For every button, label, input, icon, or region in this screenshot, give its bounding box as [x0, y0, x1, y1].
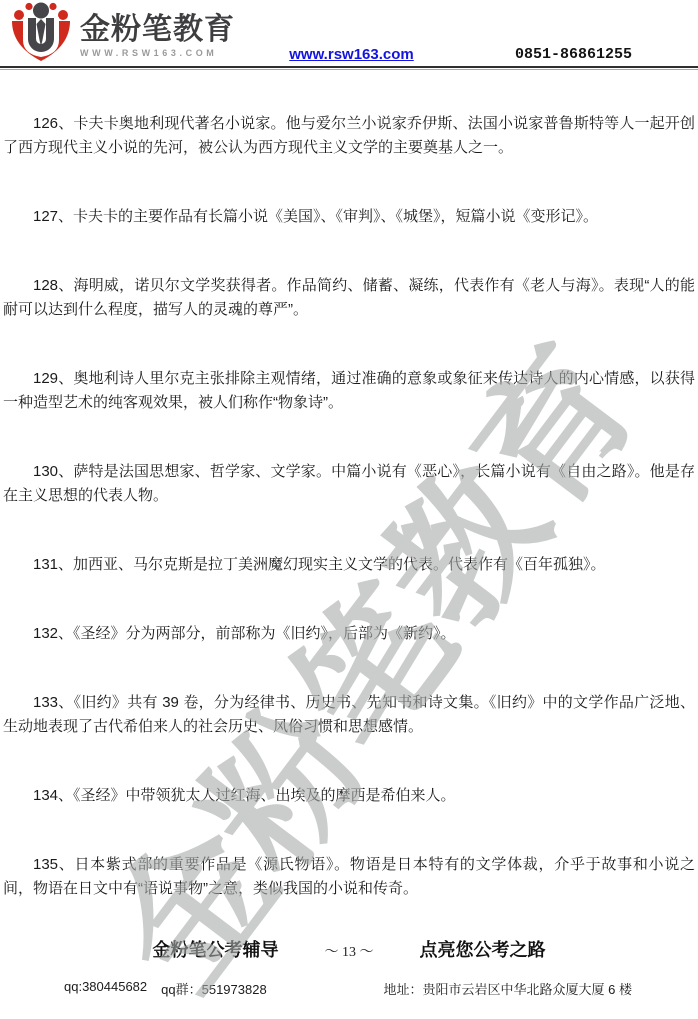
brand-logo: 金粉笔教育 WWW.RSW163.COM — [8, 2, 235, 62]
list-item: 133、《旧约》共有 39 卷，分为经律书、历史书、先知书和诗文集。《旧约》中的… — [3, 691, 695, 739]
item-text: 加西亚、马尔克斯是拉丁美洲魔幻现实主义文学的代表。代表作有《百年孤独》。 — [73, 556, 606, 573]
item-number: 130、 — [33, 463, 73, 480]
brand-logo-text: 金粉笔教育 WWW.RSW163.COM — [80, 2, 235, 58]
item-number: 129、 — [33, 370, 73, 387]
item-text: 日本紫式部的重要作品是《源氏物语》。物语是日本特有的文学体裁，介乎于故事和小说之… — [3, 856, 695, 897]
item-number: 133、 — [33, 694, 74, 711]
list-item: 128、海明威，诺贝尔文学奖获得者。作品简约、储蓄、凝练，代表作有《老人与海》。… — [3, 274, 695, 322]
header-divider — [0, 66, 698, 70]
page-number: ～ 13 ～ — [325, 941, 374, 961]
footer-brand-course: 金粉笔公考辅导 — [153, 936, 279, 962]
footer-slogan: 点亮您公考之路 — [420, 936, 546, 962]
item-number: 132、 — [33, 625, 73, 642]
item-text: 《圣经》中带领犹太人过红海、出埃及的摩西是希伯来人。 — [73, 787, 456, 804]
list-item: 135、日本紫式部的重要作品是《源氏物语》。物语是日本特有的文学体裁，介乎于故事… — [3, 853, 695, 901]
item-text: 海明威，诺贝尔文学奖获得者。作品简约、储蓄、凝练，代表作有《老人与海》。表现“人… — [3, 277, 695, 318]
qq-number: qq:380445682 — [64, 979, 147, 998]
brand-name: 金粉笔教育 — [80, 14, 235, 46]
list-item: 126、卡夫卡奥地利现代著名小说家。他与爱尔兰小说家乔伊斯、法国小说家普鲁斯特等… — [3, 112, 695, 160]
item-text: 卡夫卡的主要作品有长篇小说《美国》、《审判》、《城堡》，短篇小说《变形记》。 — [73, 208, 598, 225]
list-item: 131、加西亚、马尔克斯是拉丁美洲魔幻现实主义文学的代表。代表作有《百年孤独》。 — [3, 553, 695, 577]
item-text: 萨特是法国思想家、哲学家、文学家。中篇小说有《恶心》，长篇小说有《自由之路》。他… — [3, 463, 695, 504]
item-number: 126、 — [33, 115, 73, 132]
contact-bar: qq:380445682 qq群：551973828 地址：贵阳市云岩区中华北路… — [0, 979, 698, 998]
phone-number: 0851-86861255 — [515, 46, 632, 63]
page-header: 金粉笔教育 WWW.RSW163.COM www.rsw163.com 0851… — [0, 0, 698, 66]
brand-logo-icon — [8, 2, 74, 62]
address-text: 地址：贵阳市云岩区中华北路众厦大厦 6 楼 — [384, 979, 632, 998]
list-item: 134、《圣经》中带领犹太人过红海、出埃及的摩西是希伯来人。 — [3, 784, 695, 808]
item-number: 131、 — [33, 556, 73, 573]
website-link[interactable]: www.rsw163.com — [289, 46, 414, 63]
brand-url-caps: WWW.RSW163.COM — [80, 48, 235, 58]
item-number: 134、 — [33, 787, 73, 804]
list-item: 129、奥地利诗人里尔克主张排除主观情绪，通过准确的意象或象征来传达诗人的内心情… — [3, 367, 695, 415]
page-footer: 金粉笔公考辅导 ～ 13 ～ 点亮您公考之路 — [0, 936, 698, 962]
item-number: 135、 — [33, 856, 74, 873]
list-item: 132、《圣经》分为两部分，前部称为《旧约》，后部为《新约》。 — [3, 622, 695, 646]
list-item: 127、卡夫卡的主要作品有长篇小说《美国》、《审判》、《城堡》，短篇小说《变形记… — [3, 205, 695, 229]
contact-qq-group: qq:380445682 qq群：551973828 — [64, 979, 267, 998]
item-text: 卡夫卡奥地利现代著名小说家。他与爱尔兰小说家乔伊斯、法国小说家普鲁斯特等人一起开… — [3, 115, 695, 156]
item-text: 奥地利诗人里尔克主张排除主观情绪，通过准确的意象或象征来传达诗人的内心情感，以获… — [3, 370, 695, 411]
item-number: 127、 — [33, 208, 73, 225]
content-area: 126、卡夫卡奥地利现代著名小说家。他与爱尔兰小说家乔伊斯、法国小说家普鲁斯特等… — [0, 112, 698, 946]
item-text: 《圣经》分为两部分，前部称为《旧约》，后部为《新约》。 — [73, 625, 456, 642]
item-text: 《旧约》共有 39 卷，分为经律书、历史书、先知书和诗文集。《旧约》中的文学作品… — [3, 694, 695, 735]
item-number: 128、 — [33, 277, 73, 294]
document-page: 金粉笔教育 WWW.RSW163.COM www.rsw163.com 0851… — [0, 0, 698, 1019]
list-item: 130、萨特是法国思想家、哲学家、文学家。中篇小说有《恶心》，长篇小说有《自由之… — [3, 460, 695, 508]
qq-group-number: qq群：551973828 — [161, 979, 267, 998]
